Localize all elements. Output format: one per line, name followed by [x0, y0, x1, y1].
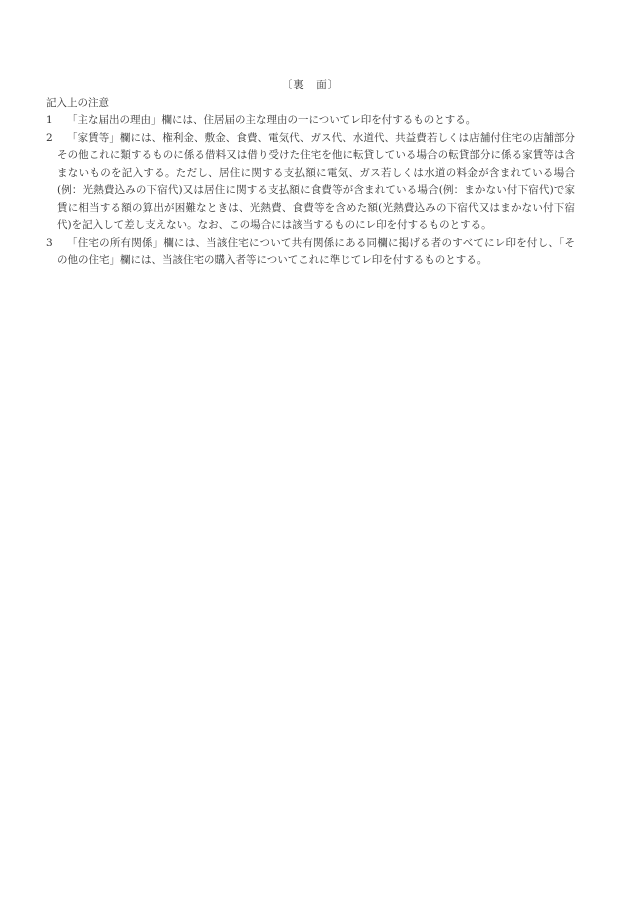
note-text: 「主な届出の理由」欄には、住居届の主な理由の一についてレ印を付するものとする。 — [67, 114, 476, 126]
notes-heading: 記入上の注意 — [46, 95, 575, 113]
note-number: 2 — [46, 130, 53, 148]
note-number: 1 — [46, 112, 53, 130]
note-item-1: 1 「主な届出の理由」欄には、住居届の主な理由の一についてレ印を付するものとする… — [46, 112, 575, 130]
backside-label: 〔裏 面〕 — [46, 77, 575, 95]
note-number: 3 — [46, 235, 53, 253]
note-item-3: 3 「住宅の所有関係」欄には、当該住宅について共有関係にある同欄に掲げる者のすべ… — [46, 235, 575, 270]
note-text: 「家賃等」欄には、権利金、敷金、食費、電気代、ガス代、水道代、共益費若しくは店舗… — [57, 132, 575, 232]
note-item-2: 2 「家賃等」欄には、権利金、敷金、食費、電気代、ガス代、水道代、共益費若しくは… — [46, 130, 575, 235]
document-page: 〔裏 面〕 記入上の注意 1 「主な届出の理由」欄には、住居届の主な理由の一につ… — [0, 0, 630, 903]
note-text: 「住宅の所有関係」欄には、当該住宅について共有関係にある同欄に掲げる者のすべてに… — [57, 237, 575, 267]
